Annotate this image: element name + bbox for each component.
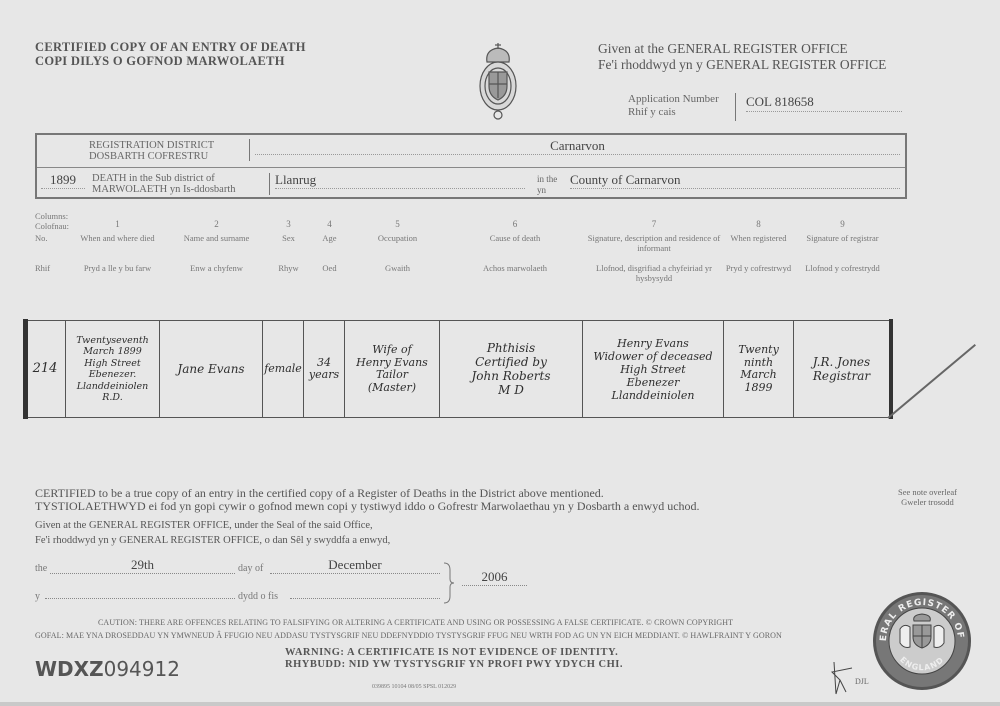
deceased-name: Jane Evans [177,363,244,376]
given-at-header: Given at the GENERAL REGISTER OFFICE Fe'… [598,41,886,73]
application-label-english: Application Number [628,93,719,106]
column-header-welsh: Rhyw [268,263,309,273]
royal-crest-icon [477,42,519,122]
column-header-english: When registered [722,233,795,243]
caution-english: CAUTION: THERE ARE OFFENCES RELATING TO … [98,618,733,627]
registrar-cell: J.R. Jones Registrar [794,321,889,417]
month-field: December [270,557,440,574]
column-number: 7 [583,219,725,229]
month-field-welsh [290,598,440,599]
column-number: 2 [165,219,268,229]
year-field: 2006 [462,569,527,586]
district-label-welsh: DOSBARTH COFRESTRU [89,151,214,162]
brace-icon [442,562,456,604]
column-header-english: Sex [268,233,309,243]
application-number: COL 818658 [746,94,902,112]
column-header-english: Signature of registrar [795,233,890,243]
column-header-welsh: Rhif [35,263,65,273]
column-header-english: When and where died [70,233,165,243]
certificate-title: CERTIFIED COPY OF AN ENTRY OF DEATH COPI… [35,40,306,68]
when-where-died: Twentyseventh March 1899 High Street Ebe… [76,335,149,404]
border [889,319,893,419]
column-number: 1 [70,219,165,229]
column-number: 8 [722,219,795,229]
subdistrict-label: DEATH in the Sub district of MARWOLAETH … [92,173,235,195]
district-label-english: REGISTRATION DISTRICT [89,140,214,151]
print-code: 039895 10104 08/05 SPSL 012029 [372,684,456,690]
column-header-welsh: Achos marwolaeth [445,263,585,273]
issue-month: December [270,557,440,573]
title-english: CERTIFIED COPY OF AN ENTRY OF DEATH [35,40,306,54]
divider [37,167,905,168]
see-note-overleaf: See note overleaf Gweler trosodd [880,487,975,507]
columns-label: Columns: Colofnau: [35,211,69,231]
column-number: 6 [445,219,585,229]
certificate-serial: WDXZ094912 [35,657,180,681]
title-welsh: COPI DILYS O GOFNOD MARWOLAETH [35,54,306,68]
deceased-age: 34 years [309,357,339,382]
identity-warning: WARNING: A CERTIFICATE IS NOT EVIDENCE O… [285,647,623,671]
issue-day: 29th [50,557,235,573]
given-under-seal-english: Given at the GENERAL REGISTER OFFICE, un… [35,518,390,533]
certification-welsh: TYSTIOLAETHWYD ei fod yn gopi cywir o go… [35,500,700,513]
application-number-label: Application Number Rhif y cais [628,93,719,119]
in-the-welsh: yn [537,185,557,196]
informant-details: Henry Evans Widower of deceased High Str… [593,337,712,402]
day-of-label: day of [238,563,263,574]
registration-district-label: REGISTRATION DISTRICT DOSBARTH COFRESTRU [89,140,214,162]
county-value: County of Carnarvon [570,172,900,189]
when-where-cell: Twentyseventh March 1899 High Street Ebe… [66,321,160,417]
entry-number: 214 [33,363,58,376]
informant-cell: Henry Evans Widower of deceased High Str… [583,321,724,417]
deceased-sex: female [264,363,302,376]
column-number: 4 [309,219,350,229]
column-header-welsh: Llofnod, disgrifiad a chyfeiriad yr hysb… [583,263,725,283]
name-cell: Jane Evans [160,321,263,417]
column-number: 5 [350,219,445,229]
sex-cell: female [263,321,304,417]
subdistrict-label-english: DEATH in the Sub district of [92,173,235,184]
death-entry-row: 214 Twentyseventh March 1899 High Street… [25,320,889,418]
warning-english: WARNING: A CERTIFICATE IS NOT EVIDENCE O… [285,647,623,659]
given-under-seal-welsh: Fe'i rhoddwyd yn y GENERAL REGISTER OFFI… [35,533,390,548]
page-edge [0,702,1000,706]
column-header-english: Occupation [350,233,445,243]
column-header-english: Age [309,233,350,243]
day-field: 29th [50,557,235,574]
column-header-welsh: Gwaith [350,263,445,273]
deceased-occupation: Wife of Henry Evans Tailor (Master) [356,344,428,394]
when-registered-cell: Twenty ninth March 1899 [724,321,794,417]
columns-label-welsh: Colofnau: [35,221,69,231]
given-under-seal: Given at the GENERAL REGISTER OFFICE, un… [35,518,390,548]
in-the-label: in the yn [537,174,557,196]
divider [269,173,270,195]
given-welsh: Fe'i rhoddwyd yn y GENERAL REGISTER OFFI… [598,57,886,73]
warning-welsh: RHYBUDD: NID YW TYSTYSGRIF YN PROFI PWY … [285,659,623,671]
divider [735,93,736,121]
signature-mark-icon [826,660,856,696]
column-header-english: Name and surname [165,233,268,243]
subdistrict-value: Llanrug [275,172,525,189]
note-english: See note overleaf [880,487,975,497]
serial-prefix: WDXZ [35,657,104,681]
strike-line [887,344,976,419]
entry-number-cell: 214 [25,321,66,417]
day-of-label-welsh: dydd o fis [238,591,278,602]
the-label-welsh: y [35,591,40,602]
divider [249,139,250,161]
application-label-welsh: Rhif y cais [628,106,719,119]
column-number: 3 [268,219,309,229]
column-header-welsh: Pryd y cofrestrwyd [722,263,795,273]
column-header-welsh: Enw a chyfenw [165,263,268,273]
columns-label-english: Columns: [35,211,69,221]
initials: DJL [855,677,869,686]
occupation-cell: Wife of Henry Evans Tailor (Master) [345,321,440,417]
age-cell: 34 years [304,321,345,417]
issue-year: 2006 [462,569,527,585]
column-number: 9 [795,219,890,229]
column-header-welsh: Oed [309,263,350,273]
serial-number: 094912 [104,657,180,681]
certification-statement: CERTIFIED to be a true copy of an entry … [35,487,700,513]
column-header-english: Signature, description and residence of … [583,233,725,253]
death-year: 1899 [41,172,85,189]
in-the-english: in the [537,174,557,185]
column-header-english: Cause of death [445,233,585,243]
subdistrict-label-welsh: MARWOLAETH yn Is-ddosbarth [92,184,235,195]
note-welsh: Gweler trosodd [880,497,975,507]
registration-district-value: Carnarvon [255,138,900,155]
registration-district-box: REGISTRATION DISTRICT DOSBARTH COFRESTRU… [35,133,907,199]
when-registered: Twenty ninth March 1899 [738,344,779,394]
given-english: Given at the GENERAL REGISTER OFFICE [598,41,886,57]
the-label: the [35,563,47,574]
column-header-welsh: Pryd a lle y bu farw [70,263,165,273]
column-header-welsh: Llofnod y cofrestrydd [795,263,890,273]
general-register-office-seal-icon: GENERAL REGISTER OFFICE ENGLAND [872,591,972,691]
caution-welsh: GOFAL: MAE YNA DROSEDDAU YN YMWNEUD Â FF… [35,631,782,640]
day-field-welsh [45,598,235,599]
column-header-english: No. [35,233,65,243]
cause-of-death: Phthisis Certified by John Roberts M D [471,341,550,397]
registrar-signature: J.R. Jones Registrar [813,355,870,383]
cause-cell: Phthisis Certified by John Roberts M D [440,321,583,417]
